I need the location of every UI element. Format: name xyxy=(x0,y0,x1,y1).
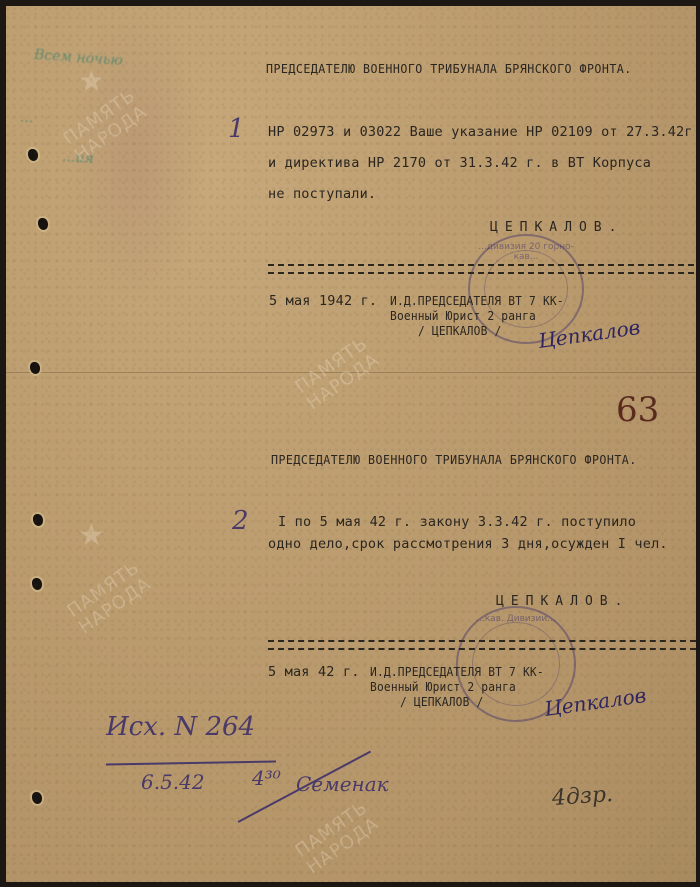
section-2-line: I по 5 мая 42 г. закону 3.3.42 г. поступ… xyxy=(278,514,636,530)
binding-hole xyxy=(33,514,43,526)
section-1-number: 1 xyxy=(228,114,245,144)
section-1-line: и директива НР 2170 от 31.3.42 г. в ВТ К… xyxy=(268,155,651,171)
section-2-position: И.Д.ПРЕДСЕДАТЕЛЯ ВТ 7 КК- xyxy=(370,664,544,679)
watermark: ПАМЯТЬНАРОДА xyxy=(64,558,155,639)
section-1-signatory: / ЦЕПКАЛОВ / xyxy=(418,323,501,338)
watermark-star-icon: ★ xyxy=(78,64,105,99)
separator-rule xyxy=(268,264,694,274)
stamp-text: ...дивизия 20 горно-кав... xyxy=(470,242,582,262)
pencil-note: 4дзр. xyxy=(551,782,614,811)
outgoing-number: Исх. N 264 xyxy=(106,712,255,742)
binding-hole xyxy=(32,792,42,804)
binding-hole xyxy=(32,578,42,590)
section-1-rank: Военный Юрист 2 ранга xyxy=(390,308,536,323)
green-handwritten-note: ... xyxy=(19,110,33,127)
section-1-date: 5 мая 1942 г. xyxy=(269,293,377,309)
annotation-underline xyxy=(106,761,276,766)
section-2-heading: ПРЕДСЕДАТЕЛЮ ВОЕННОГО ТРИБУНАЛА БРЯНСКОГ… xyxy=(271,452,637,467)
section-2-rank: Военный Юрист 2 ранга xyxy=(370,679,516,694)
section-2-number: 2 xyxy=(232,506,249,536)
section-1-position: И.Д.ПРЕДСЕДАТЕЛЯ ВТ 7 КК- xyxy=(390,293,564,308)
binding-hole xyxy=(38,218,48,230)
stamp-text: ...кав. Дивизии... xyxy=(458,614,574,624)
watermark: ПАМЯТЬНАРОДА xyxy=(292,798,383,879)
watermark: ПАМЯТЬНАРОДА xyxy=(292,334,383,415)
binding-hole xyxy=(30,362,40,374)
watermark-star-icon: ★ xyxy=(78,518,105,553)
folio-number: 63 xyxy=(616,390,659,430)
document-page: Всем ночью ... ...ия ★ ПАМЯТЬНАРОДА ПАМЯ… xyxy=(6,6,696,882)
section-1-line: не поступали. xyxy=(268,186,376,202)
outgoing-date: 6.5.42 xyxy=(141,770,205,794)
separator-rule xyxy=(268,640,696,650)
section-1-heading: ПРЕДСЕДАТЕЛЮ ВОЕННОГО ТРИБУНАЛА БРЯНСКОГ… xyxy=(266,61,632,76)
section-2-date: 5 мая 42 г. xyxy=(268,664,360,680)
section-2-line: одно дело,срок рассмотрения 3 дня,осужде… xyxy=(268,536,668,552)
dispatch-time: 4³⁰ xyxy=(252,766,281,790)
binding-hole xyxy=(28,149,38,161)
section-1-line: НР 02973 и 03022 Ваше указание НР 02109 … xyxy=(268,124,693,140)
section-2-signatory: / ЦЕПКАЛОВ / xyxy=(400,694,483,709)
section-1-sender: ЦЕПКАЛОВ. xyxy=(490,220,623,235)
